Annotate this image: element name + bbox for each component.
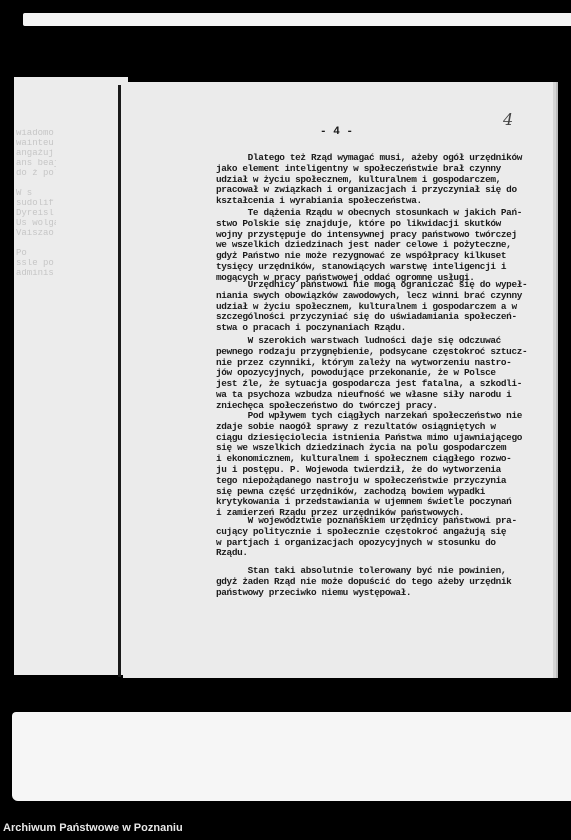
bleed-through-text: W s xyxy=(16,189,56,198)
text-line: jako element inteligentny w społeczeństw… xyxy=(216,164,536,175)
paragraph: W szerokich warstwach ludności daje się … xyxy=(216,336,536,412)
archive-footer-label: Archiwum Państwowe w Poznaniu xyxy=(3,822,183,834)
text-line: cujący politycznie i społecznie częstokr… xyxy=(216,527,536,538)
paragraph: Pod wpływem tych ciągłych narzekań społe… xyxy=(216,411,536,519)
page-binding-edge xyxy=(118,85,121,677)
left-page-verso: wiadomowainteuangažujans beajdo ž polW s… xyxy=(14,77,128,675)
paragraph: Stan taki absolutnie tolerowany być nie … xyxy=(216,566,536,598)
text-line: tego niepożądanego nastroju w społeczeńs… xyxy=(216,476,536,487)
bleed-through-text: ssle po xyxy=(16,259,56,268)
text-line: niania swych obowiązków zawodowych, lecz… xyxy=(216,291,536,302)
bleed-through-text: Us wolga xyxy=(16,219,56,228)
paragraph: Te dążenia Rządu w obecnych stosunkach w… xyxy=(216,208,536,284)
text-line: w partjach i organizacjach opozycyjnych … xyxy=(216,538,536,549)
paragraph: W województwie poznańskiem urzędnicy pań… xyxy=(216,516,536,559)
bleed-through-text: sudolif xyxy=(16,199,56,208)
bleed-through-text: Vaiszao xyxy=(16,229,56,238)
paragraph: Urzędnicy państwowi nie mogą ograniczać … xyxy=(216,280,536,334)
text-line: kształcenia i wyrabiania społeczeństwa. xyxy=(216,196,536,207)
page-number: - 4 - xyxy=(320,126,353,138)
bleed-through-text: do ž pol xyxy=(16,169,56,178)
bleed-through-text: ans beaj xyxy=(16,159,56,168)
text-line: gdyż żaden Rząd nie może dopuścić do teg… xyxy=(216,577,536,588)
text-line: stwo Polskie się znajduje, które po likw… xyxy=(216,219,536,230)
film-strip-bottom xyxy=(12,712,571,801)
bleed-through-text: wainteu xyxy=(16,139,56,148)
bleed-through-text: Dyreisl xyxy=(16,209,56,218)
bleed-through-text: adminis xyxy=(16,269,56,278)
margin-annotation: 4 xyxy=(503,110,513,129)
bleed-through-text: Po xyxy=(16,249,56,258)
bleed-through-text: wiadomo xyxy=(16,129,56,138)
text-line: zdaje sobie naogół sprawy z rezultatów o… xyxy=(216,422,536,433)
paragraph: Dlatego też Rząd wymagać musi, ażeby ogó… xyxy=(216,153,536,207)
text-line: pewnego rodzaju przygnębienie, podsycane… xyxy=(216,347,536,358)
text-line: państwowy przeciwko niemu występował. xyxy=(216,588,536,599)
text-line: Rządu. xyxy=(216,548,536,559)
bleed-through-text: angažuj xyxy=(16,149,56,158)
text-line: stwa o pracach i poczynaniach Rządu. xyxy=(216,323,536,334)
film-strip-top xyxy=(23,13,571,26)
